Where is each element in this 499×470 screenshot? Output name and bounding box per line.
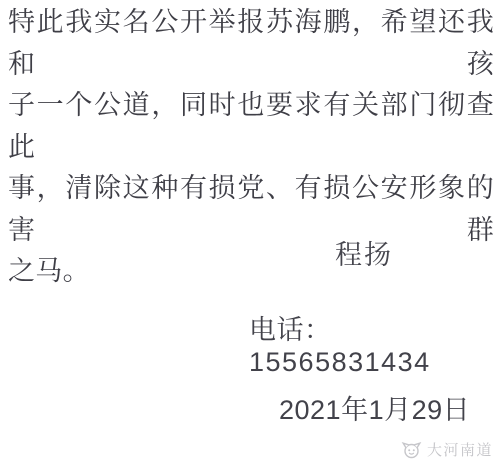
report-letter-page: 特此我实名公开举报苏海鹏，希望还我和孩 子一个公道，同时也要求有关部门彻查此 事… xyxy=(0,0,499,470)
phone-line: 电话：15565831434 xyxy=(249,308,499,378)
paragraph-line-3: 事，清除这种有损党、有损公安形象的害群 xyxy=(8,168,494,251)
report-body-paragraph: 特此我实名公开举报苏海鹏，希望还我和孩 子一个公道，同时也要求有关部门彻查此 事… xyxy=(8,2,494,293)
paragraph-line-2: 子一个公道，同时也要求有关部门彻查此 xyxy=(8,85,494,168)
phone-label: 电话： xyxy=(249,315,332,345)
watermark: 大河南道 xyxy=(400,439,493,460)
paragraph-line-1: 特此我实名公开举报苏海鹏，希望还我和孩 xyxy=(8,2,494,85)
signature-name: 程扬 xyxy=(335,233,393,272)
mascot-face-icon xyxy=(400,441,422,459)
phone-number: 15565831434 xyxy=(249,347,431,377)
report-date: 2021年1月29日 xyxy=(279,388,470,427)
paragraph-line-4: 之马。 xyxy=(8,251,494,293)
watermark-text: 大河南道 xyxy=(427,439,493,460)
